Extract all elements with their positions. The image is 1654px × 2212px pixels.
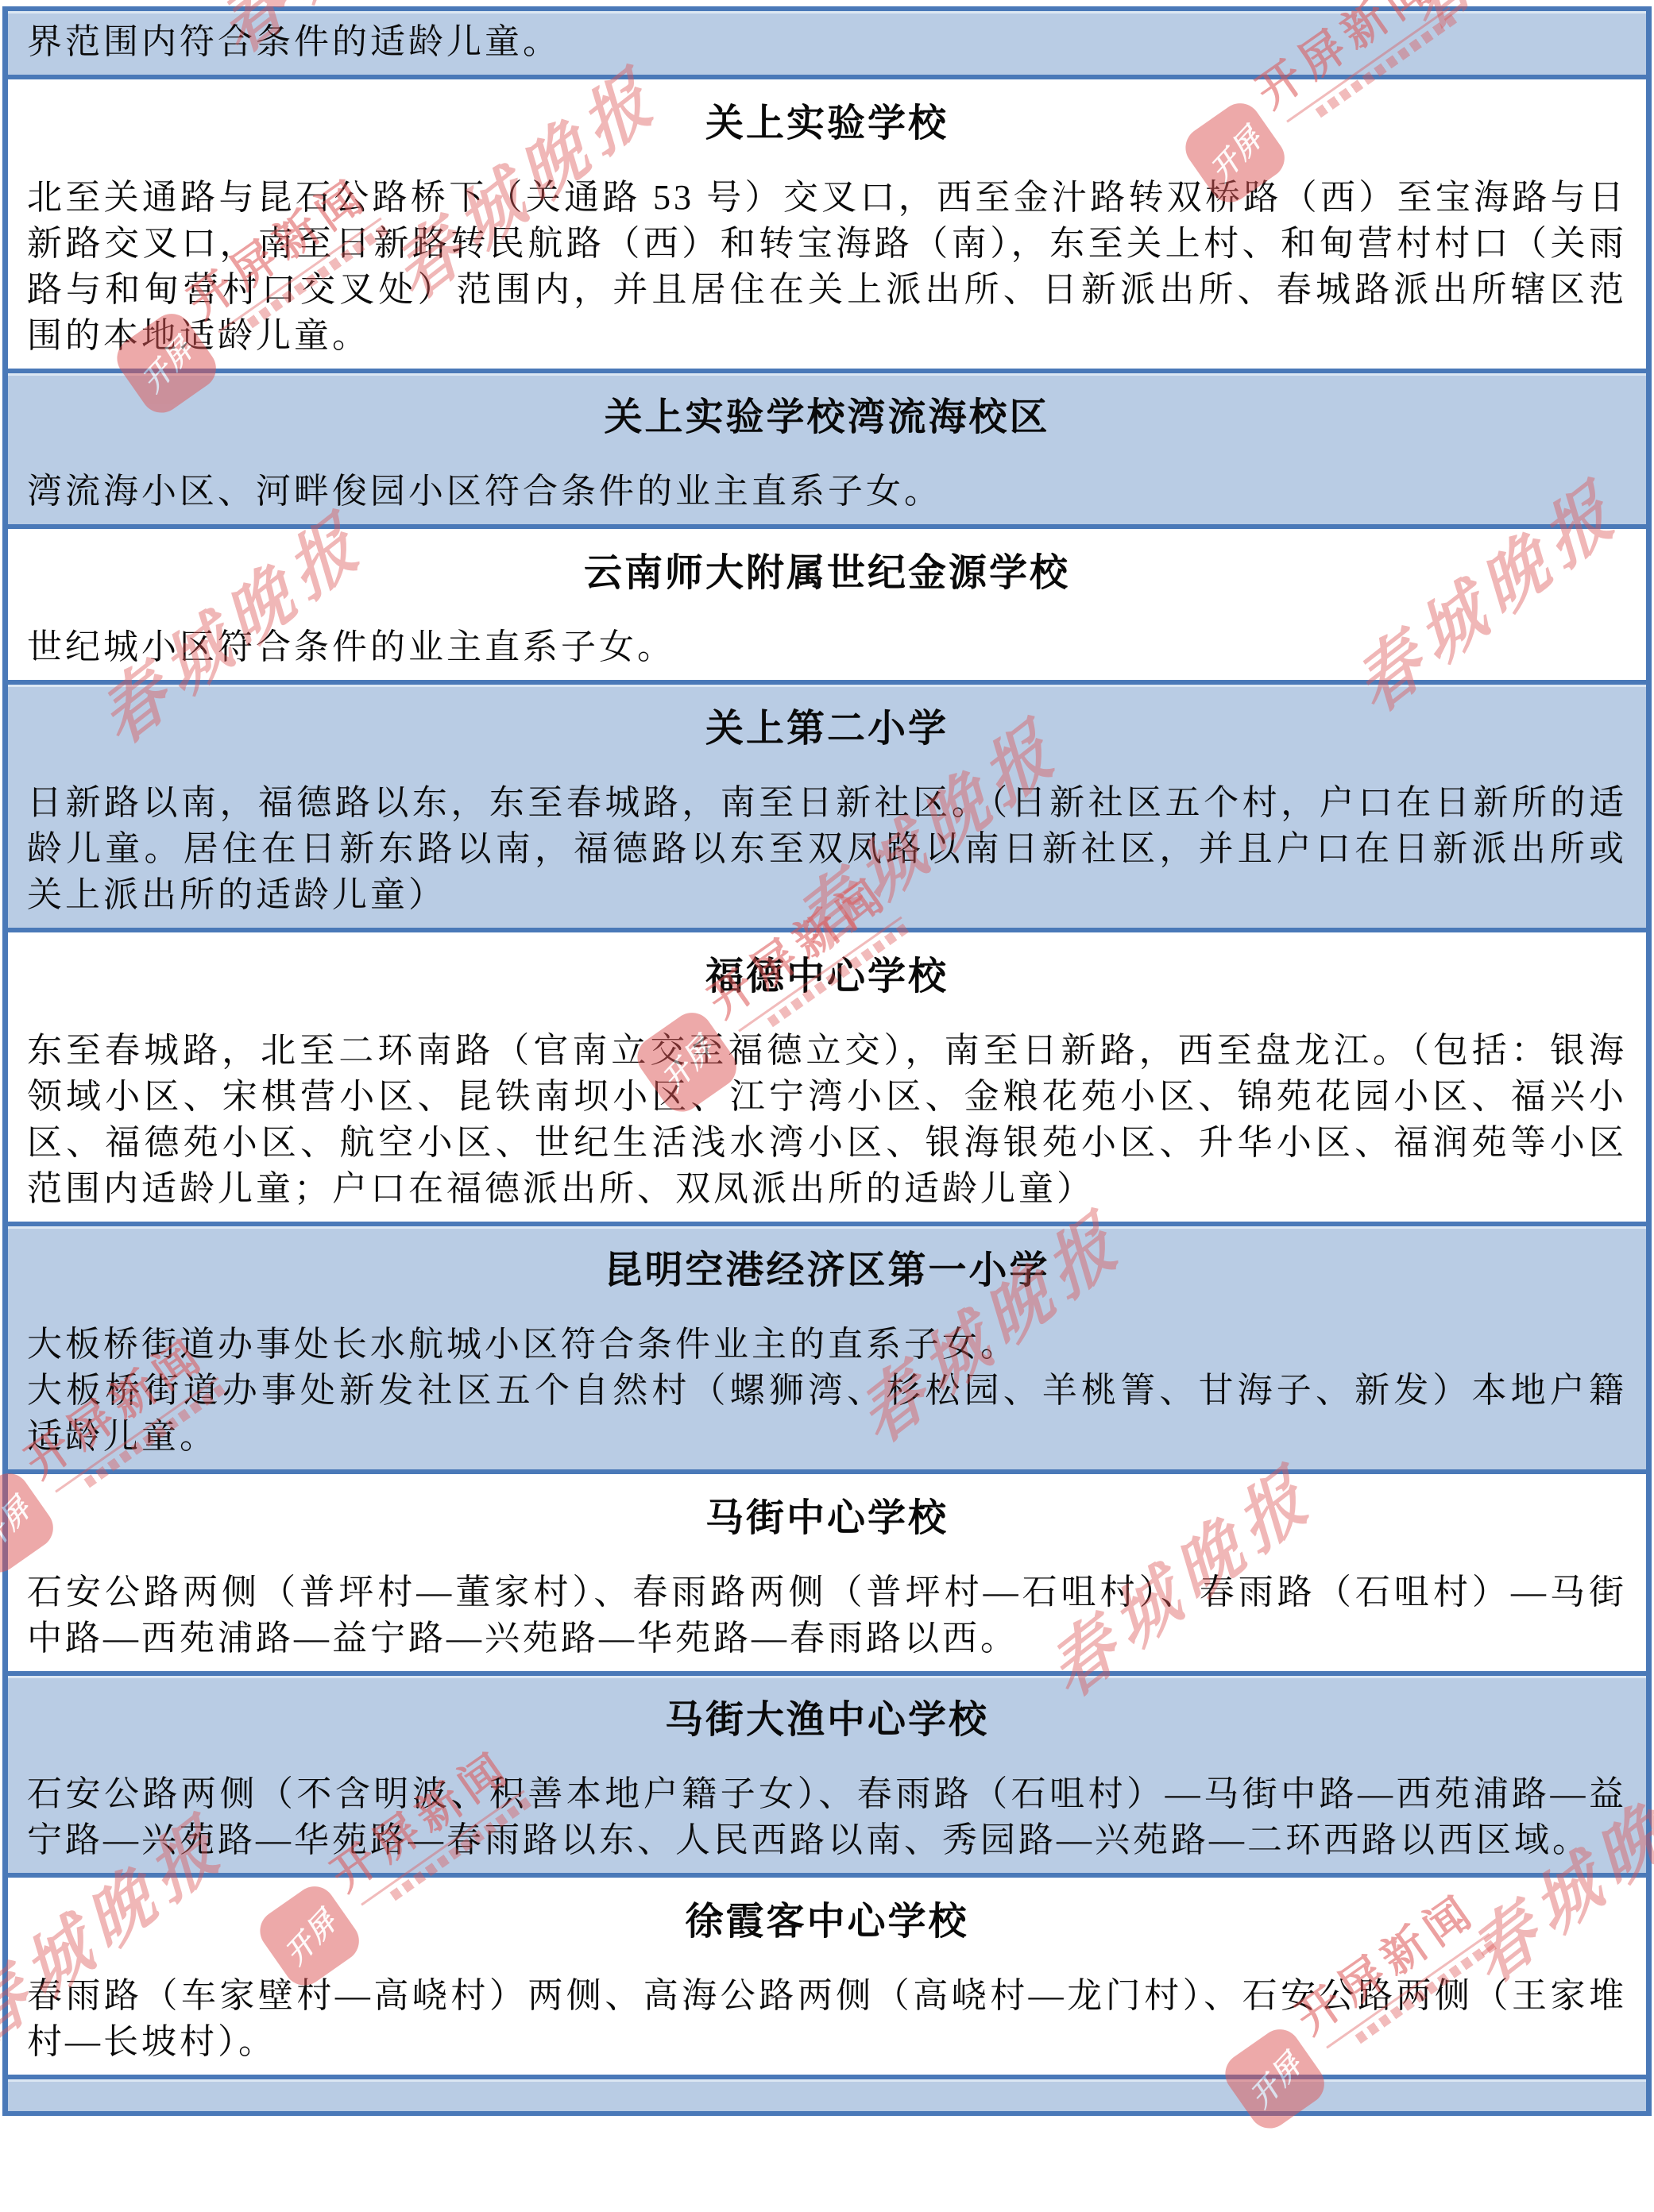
school-district-body: 界范围内符合条件的适龄儿童。 (8, 11, 1646, 75)
school-section: 徐霞客中心学校 春雨路（车家壁村—高峣村）两侧、高海公路两侧（高峣村—龙门村）、… (8, 1878, 1646, 2079)
school-name: 关上第二小学 (8, 685, 1646, 753)
school-section: 马街中心学校 石安公路两侧（普坪村—董家村）、春雨路两侧（普坪村—石咀村）、春雨… (8, 1474, 1646, 1676)
school-section: 界范围内符合条件的适龄儿童。 (8, 11, 1646, 79)
school-section (8, 2079, 1646, 2116)
school-district-body: 日新路以南，福德路以东，东至春城路，南至日新社区。（日新社区五个村，户口在日新所… (8, 780, 1646, 928)
school-section: 关上实验学校 北至关通路与昆石公路桥下（关通路 53 号）交叉口，西至金汁路转双… (8, 79, 1646, 373)
district-description: 北至关通路与昆石公路桥下（关通路 53 号）交叉口，西至金汁路转双桥路（西）至宝… (27, 175, 1627, 359)
district-description: 东至春城路，北至二环南路（官南立交至福德立交），南至日新路，西至盘龙江。（包括：… (27, 1028, 1627, 1212)
district-description: 日新路以南，福德路以东，东至春城路，南至日新社区。（日新社区五个村，户口在日新所… (27, 780, 1627, 918)
school-name: 昆明空港经济区第一小学 (8, 1226, 1646, 1295)
district-description: 石安公路两侧（不含明波、积善本地户籍子女）、春雨路（石咀村）—马街中路—西苑浦路… (27, 1771, 1627, 1863)
district-description: 湾流海小区、河畔俊园小区符合条件的业主直系子女。 (27, 469, 1627, 515)
school-district-body: 石安公路两侧（不含明波、积善本地户籍子女）、春雨路（石咀村）—马街中路—西苑浦路… (8, 1771, 1646, 1873)
district-description: 界范围内符合条件的适龄儿童。 (27, 19, 1627, 65)
school-section: 关上实验学校湾流海校区 湾流海小区、河畔俊园小区符合条件的业主直系子女。 (8, 373, 1646, 529)
district-description: 大板桥街道办事处长水航城小区符合条件业主的直系子女。 (27, 1322, 1627, 1368)
school-district-body: 东至春城路，北至二环南路（官南立交至福德立交），南至日新路，西至盘龙江。（包括：… (8, 1028, 1646, 1222)
school-district-document: { "page": { "border_color": "#4a79b8", "… (0, 0, 1654, 2212)
school-section: 昆明空港经济区第一小学 大板桥街道办事处长水航城小区符合条件业主的直系子女。大板… (8, 1226, 1646, 1474)
district-description: 春雨路（车家壁村—高峣村）两侧、高海公路两侧（高峣村—龙门村）、石安公路两侧（王… (27, 1973, 1627, 2065)
school-name: 关上实验学校湾流海校区 (8, 373, 1646, 442)
district-description: 大板桥街道办事处新发社区五个自然村（螺狮湾、杉松园、羊桃箐、甘海子、新发）本地户… (27, 1368, 1627, 1460)
school-district-table: 界范围内符合条件的适龄儿童。 关上实验学校 北至关通路与昆石公路桥下（关通路 5… (2, 6, 1652, 2116)
school-district-body: 北至关通路与昆石公路桥下（关通路 53 号）交叉口，西至金汁路转双桥路（西）至宝… (8, 175, 1646, 369)
district-description: 世纪城小区符合条件的业主直系子女。 (27, 624, 1627, 670)
school-section: 马街大渔中心学校 石安公路两侧（不含明波、积善本地户籍子女）、春雨路（石咀村）—… (8, 1676, 1646, 1878)
school-name: 云南师大附属世纪金源学校 (8, 529, 1646, 597)
school-district-body: 世纪城小区符合条件的业主直系子女。 (8, 624, 1646, 680)
school-name: 马街中心学校 (8, 1474, 1646, 1542)
school-district-body: 大板桥街道办事处长水航城小区符合条件业主的直系子女。大板桥街道办事处新发社区五个… (8, 1322, 1646, 1469)
school-name: 关上实验学校 (8, 79, 1646, 148)
school-name: 徐霞客中心学校 (8, 1878, 1646, 1946)
school-name: 马街大渔中心学校 (8, 1676, 1646, 1744)
school-district-body: 石安公路两侧（普坪村—董家村）、春雨路两侧（普坪村—石咀村）、春雨路（石咀村）—… (8, 1569, 1646, 1671)
school-name: 福德中心学校 (8, 932, 1646, 1001)
school-district-body: 春雨路（车家壁村—高峣村）两侧、高海公路两侧（高峣村—龙门村）、石安公路两侧（王… (8, 1973, 1646, 2075)
school-section: 关上第二小学 日新路以南，福德路以东，东至春城路，南至日新社区。（日新社区五个村… (8, 685, 1646, 932)
school-section: 云南师大附属世纪金源学校 世纪城小区符合条件的业主直系子女。 (8, 529, 1646, 685)
school-section: 福德中心学校 东至春城路，北至二环南路（官南立交至福德立交），南至日新路，西至盘… (8, 932, 1646, 1226)
district-description: 石安公路两侧（普坪村—董家村）、春雨路两侧（普坪村—石咀村）、春雨路（石咀村）—… (27, 1569, 1627, 1662)
school-district-body: 湾流海小区、河畔俊园小区符合条件的业主直系子女。 (8, 469, 1646, 524)
